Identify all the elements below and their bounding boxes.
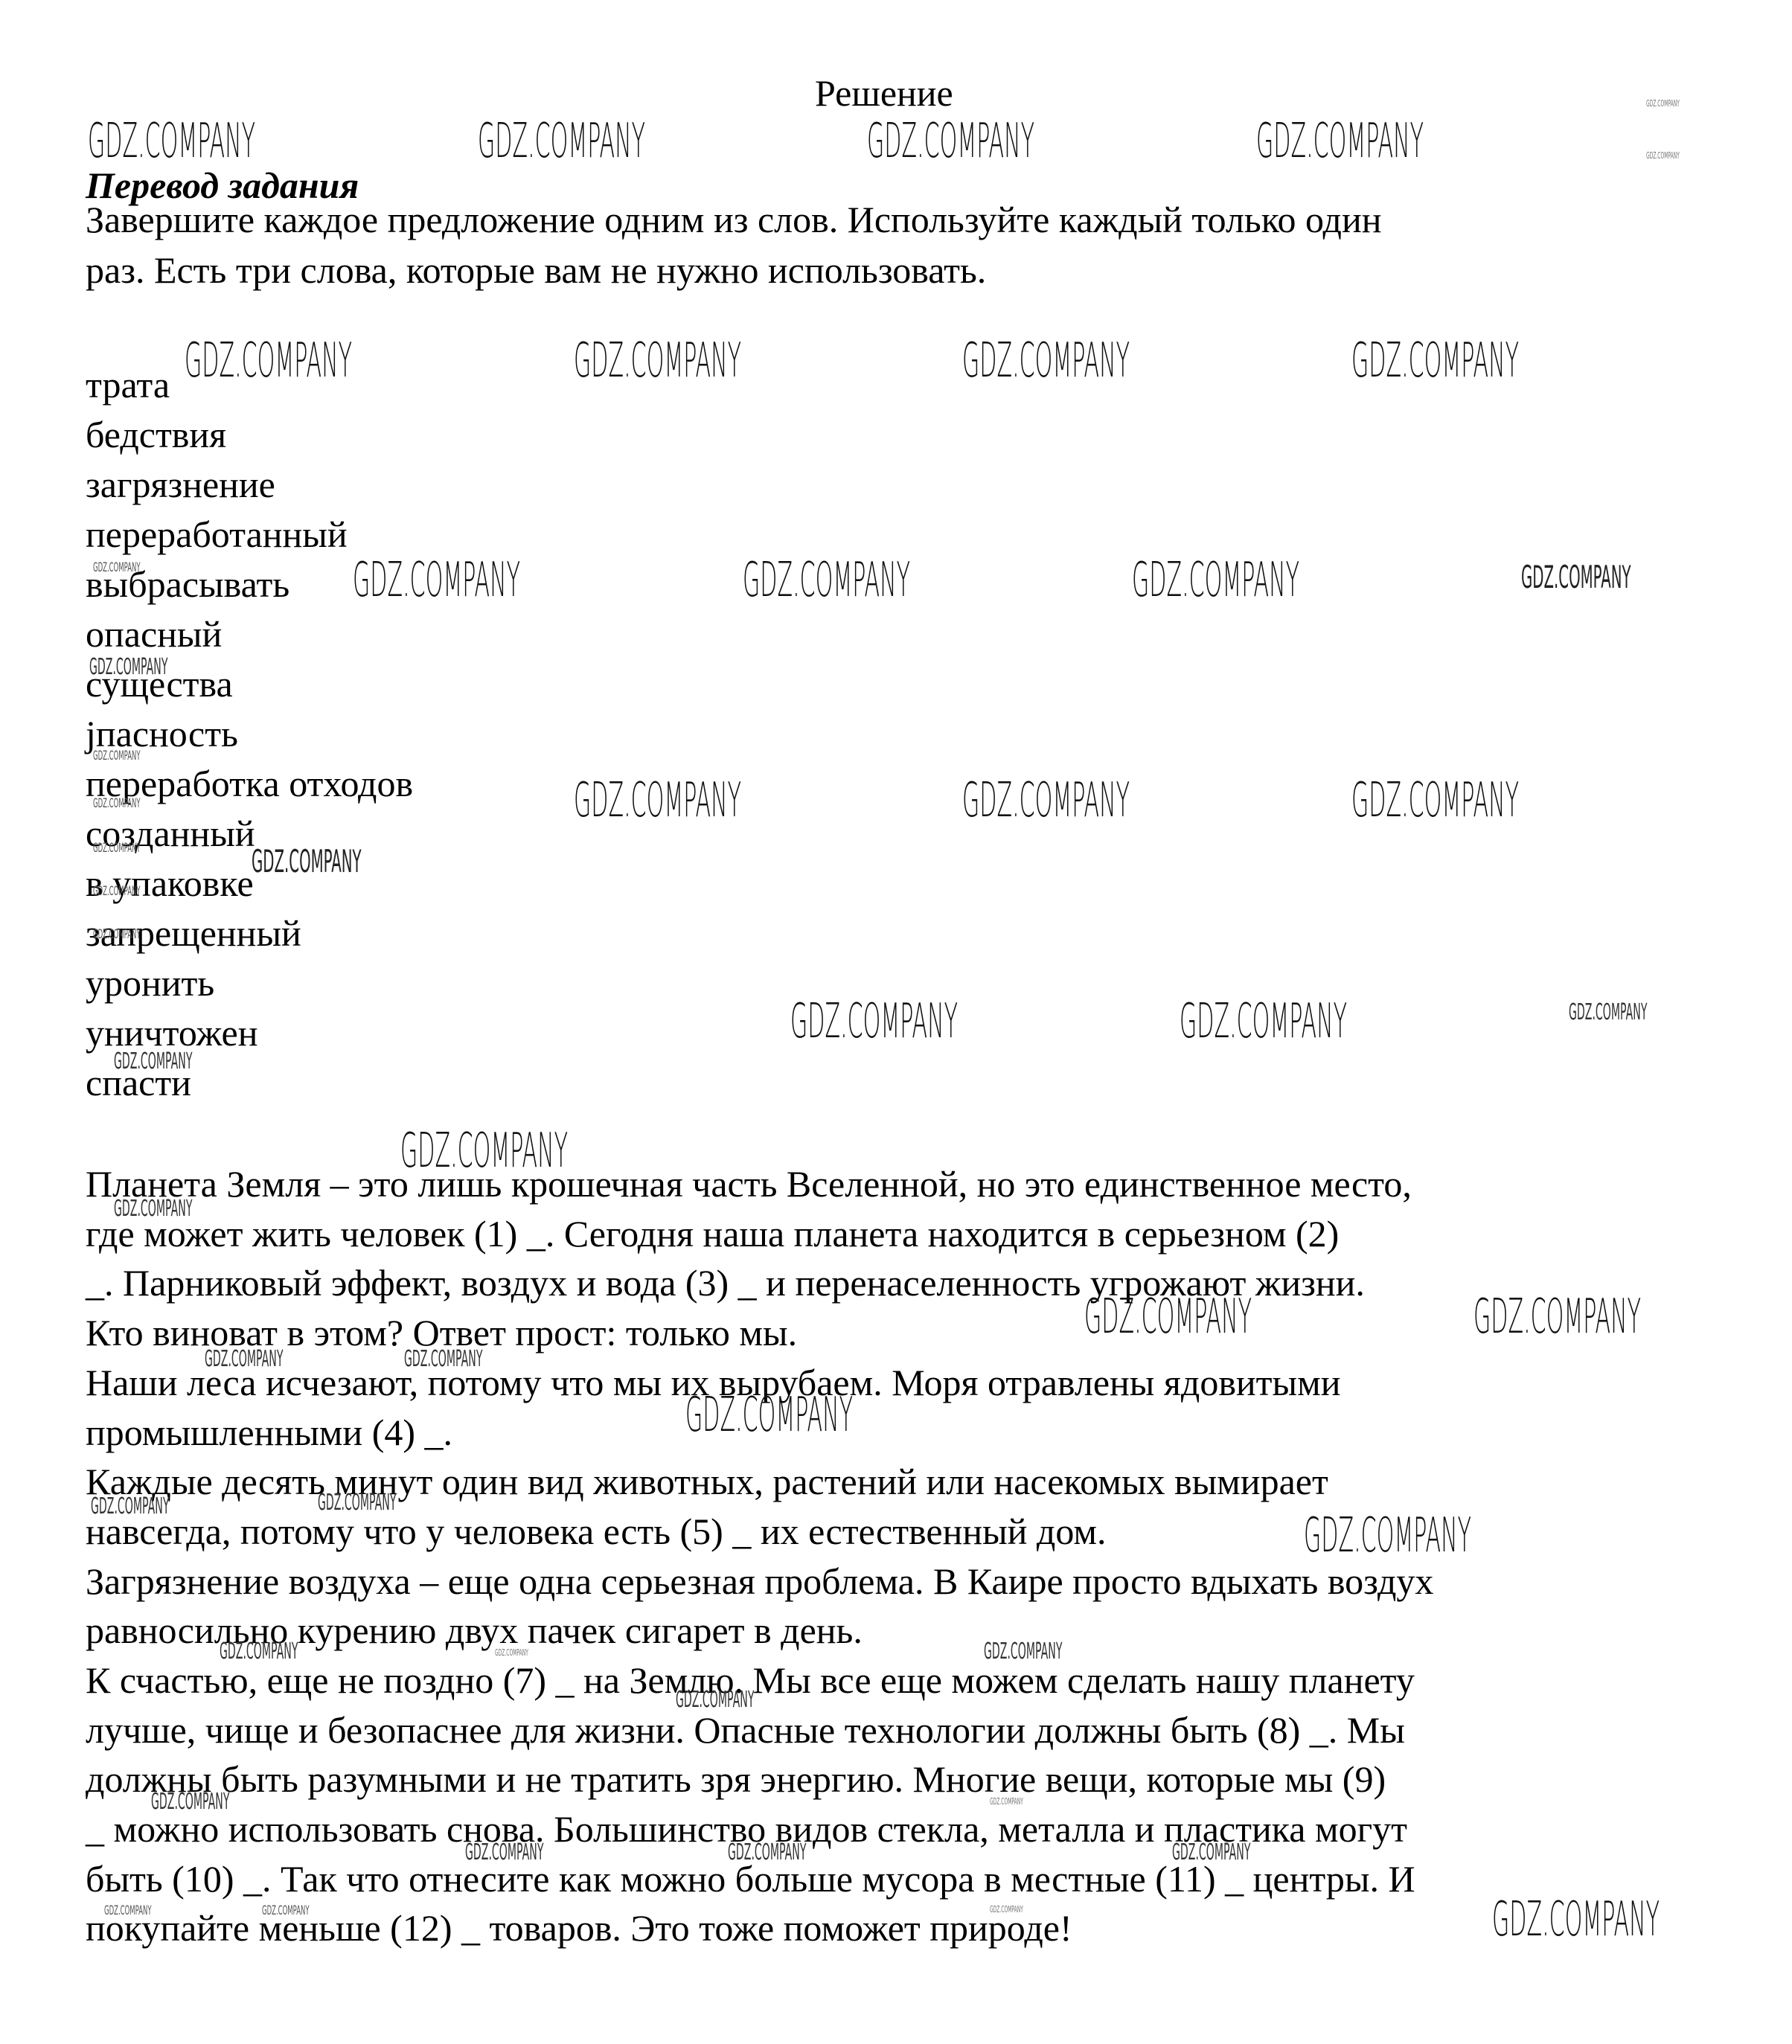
passage-line: Загрязнение воздуха – еще одна серьезная…: [86, 1563, 1433, 1600]
passage-line: где может жить человек (1) _. Сегодня на…: [86, 1215, 1339, 1252]
watermark: GDZ.COMPANY: [1521, 562, 1631, 593]
watermark: GDZ.COMPANY: [1132, 557, 1299, 604]
word-bank-item: jпасность: [86, 715, 238, 752]
watermark: GDZ.COMPANY: [1084, 1293, 1252, 1341]
watermark: GDZ.COMPANY: [93, 562, 141, 574]
passage-line: покупайте меньше (12) _ товаров. Это тож…: [86, 1909, 1072, 1947]
watermark: GDZ.COMPANY: [685, 1391, 853, 1439]
watermark: GDZ.COMPANY: [962, 337, 1130, 385]
watermark: GDZ.COMPANY: [676, 1689, 754, 1711]
watermark: GDZ.COMPANY: [990, 1905, 1023, 1914]
watermark: GDZ.COMPANY: [114, 1051, 192, 1073]
watermark: GDZ.COMPANY: [93, 842, 141, 855]
watermark: GDZ.COMPANY: [1172, 1842, 1250, 1864]
instruction-line: Завершите каждое предложение одним из сл…: [86, 201, 1381, 238]
watermark: GDZ.COMPANY: [151, 1791, 229, 1813]
word-bank-item: уронить: [86, 964, 214, 1002]
word-bank-item: уничтожен: [86, 1014, 257, 1051]
watermark: GDZ.COMPANY: [495, 1648, 528, 1657]
word-bank-item: трата: [86, 366, 170, 403]
watermark: GDZ.COMPANY: [1473, 1293, 1641, 1341]
watermark: GDZ.COMPANY: [867, 118, 1034, 165]
watermark: GDZ.COMPANY: [93, 929, 141, 941]
watermark: GDZ.COMPANY: [205, 1348, 283, 1371]
watermark: GDZ.COMPANY: [1304, 1512, 1471, 1560]
watermark: GDZ.COMPANY: [743, 557, 910, 604]
passage-line: равносильно курению двух пачек сигарет в…: [86, 1612, 863, 1649]
passage-line: быть (10) _. Так что отнесите как можно …: [86, 1860, 1415, 1897]
passage-line: Каждые десять минут один вид животных, р…: [86, 1463, 1328, 1500]
watermark: GDZ.COMPANY: [91, 1496, 169, 1518]
instruction-line: раз. Есть три слова, которые вам не нужн…: [86, 252, 986, 289]
watermark: GDZ.COMPANY: [89, 656, 167, 679]
watermark: GDZ.COMPANY: [1492, 1896, 1660, 1944]
word-bank-item: бедствия: [86, 416, 226, 453]
watermark: GDZ.COMPANY: [220, 1641, 298, 1663]
watermark: GDZ.COMPANY: [104, 1905, 152, 1918]
watermark: GDZ.COMPANY: [1646, 99, 1680, 108]
watermark: GDZ.COMPANY: [93, 885, 141, 898]
watermark: GDZ.COMPANY: [252, 846, 362, 877]
watermark: GDZ.COMPANY: [400, 1127, 568, 1175]
watermark: GDZ.COMPANY: [318, 1492, 396, 1514]
watermark: GDZ.COMPANY: [465, 1842, 543, 1864]
watermark: GDZ.COMPANY: [984, 1641, 1062, 1663]
watermark: GDZ.COMPANY: [962, 777, 1130, 824]
word-bank-item: переработанный: [86, 516, 348, 553]
watermark: GDZ.COMPANY: [574, 777, 741, 824]
watermark: GDZ.COMPANY: [790, 998, 958, 1045]
watermark: GDZ.COMPANY: [88, 118, 255, 165]
passage-line: промышленными (4) _.: [86, 1414, 452, 1451]
watermark: GDZ.COMPANY: [1180, 998, 1347, 1045]
document-page: Решение Перевод задания Завершите каждое…: [0, 0, 1792, 2044]
watermark: GDZ.COMPANY: [404, 1348, 482, 1371]
watermark: GDZ.COMPANY: [262, 1905, 310, 1918]
watermark: GDZ.COMPANY: [1256, 118, 1424, 165]
watermark: GDZ.COMPANY: [1646, 151, 1680, 160]
watermark: GDZ.COMPANY: [1351, 777, 1519, 824]
watermark: GDZ.COMPANY: [478, 118, 645, 165]
passage-line: лучше, чище и безопаснее для жизни. Опас…: [86, 1711, 1405, 1749]
watermark: GDZ.COMPANY: [728, 1842, 806, 1864]
passage-line: Планета Земля – это лишь крошечная часть…: [86, 1165, 1412, 1202]
watermark: GDZ.COMPANY: [1351, 337, 1519, 385]
word-bank-item: загрязнение: [86, 466, 275, 503]
watermark: GDZ.COMPANY: [353, 557, 520, 604]
watermark: GDZ.COMPANY: [185, 337, 352, 385]
passage-line: должны быть разумными и не тратить зря э…: [86, 1761, 1386, 1798]
page-title: Решение: [815, 74, 953, 112]
watermark: GDZ.COMPANY: [990, 1797, 1023, 1806]
watermark: GDZ.COMPANY: [1569, 1002, 1647, 1024]
watermark: GDZ.COMPANY: [93, 750, 141, 763]
passage-line: навсегда, потому что у человека есть (5)…: [86, 1513, 1107, 1550]
watermark: GDZ.COMPANY: [574, 337, 741, 385]
watermark: GDZ.COMPANY: [114, 1198, 192, 1220]
watermark: GDZ.COMPANY: [93, 798, 141, 810]
word-bank-item: опасный: [86, 615, 222, 653]
